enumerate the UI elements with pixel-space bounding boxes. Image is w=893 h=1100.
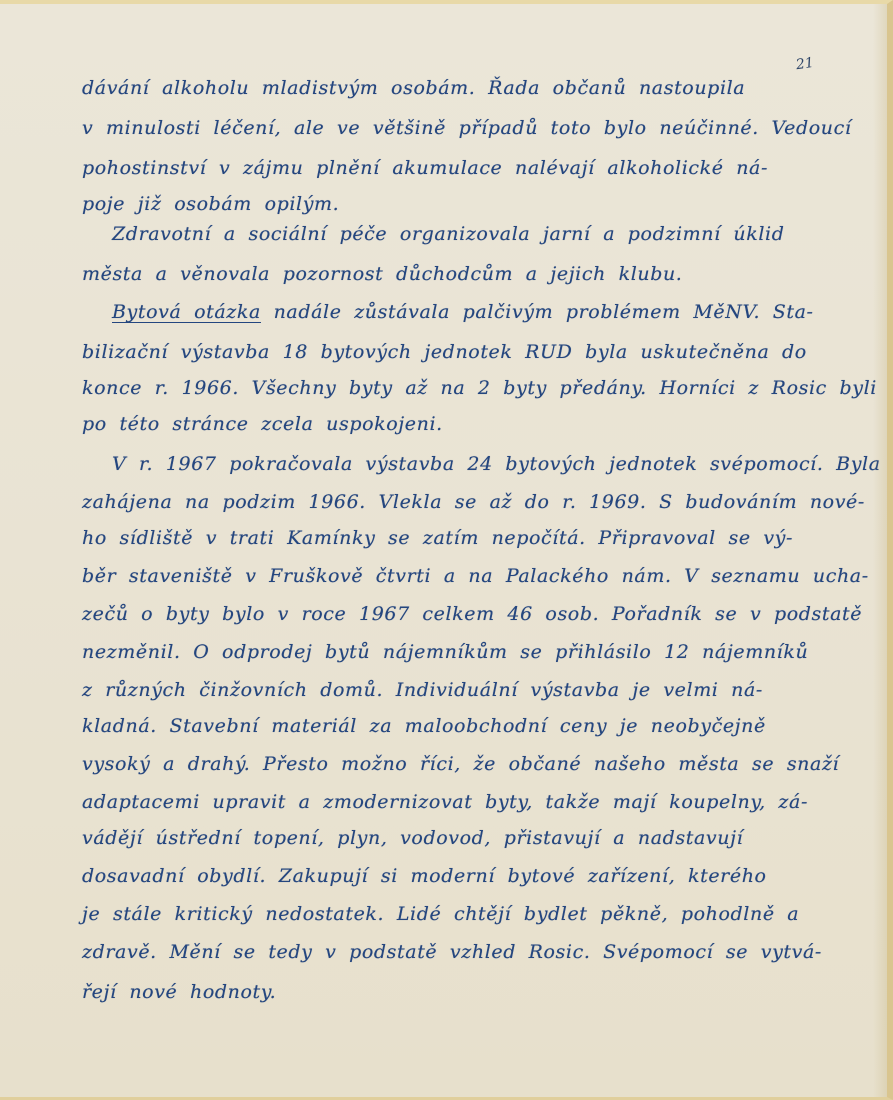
text-line: je stále kritický nedostatek. Lidé chtěj… bbox=[82, 902, 802, 926]
text-line: nezměnil. O odprodej bytů nájemníkům se … bbox=[82, 640, 802, 664]
text-line: pohostinství v zájmu plnění akumulace na… bbox=[82, 156, 802, 180]
text-line: vádějí ústřední topení, plyn, vodovod, p… bbox=[82, 826, 802, 850]
page-number: 21 bbox=[795, 55, 815, 73]
text-line: běr staveniště v Fruškově čtvrti a na Pa… bbox=[82, 564, 802, 588]
text-line: poje již osobám opilým. bbox=[82, 192, 802, 216]
text-line: bilizační výstavba 18 bytových jednotek … bbox=[82, 340, 802, 364]
text-line: zečů o byty bylo v roce 1967 celkem 46 o… bbox=[82, 602, 802, 626]
paragraph-start-line: V r. 1967 pokračovala výstavba 24 bytový… bbox=[112, 452, 832, 476]
paragraph-start-line: Zdravotní a sociální péče organizovala j… bbox=[112, 222, 832, 246]
text-line: řejí nové hodnoty. bbox=[82, 980, 802, 1004]
text-line: ho sídliště v trati Kamínky se zatím nep… bbox=[82, 526, 802, 550]
text-line: v minulosti léčení, ale ve většině přípa… bbox=[82, 116, 802, 140]
text-line: po této stránce zcela uspokojeni. bbox=[82, 412, 802, 436]
text-line: města a věnovala pozornost důchodcům a j… bbox=[82, 262, 802, 286]
section-heading-underlined: Bytová otázka bbox=[112, 301, 261, 323]
paragraph-start-line: Bytová otázka nadále zůstávala palčivým … bbox=[112, 300, 832, 324]
text-line: zdravě. Mění se tedy v podstatě vzhled R… bbox=[82, 940, 802, 964]
text-line: adaptacemi upravit a zmodernizovat byty,… bbox=[82, 790, 802, 814]
text-line: konce r. 1966. Všechny byty až na 2 byty… bbox=[82, 376, 802, 400]
text-line: kladná. Stavební materiál za maloobchodn… bbox=[82, 714, 802, 738]
text-line: dosavadní obydlí. Zakupují si moderní by… bbox=[82, 864, 802, 888]
text-line-continuation: nadále zůstávala palčivým problémem MěNV… bbox=[261, 301, 814, 323]
manuscript-page: 21 dávání alkoholu mladistvým osobám. Řa… bbox=[0, 0, 893, 1100]
text-line: zahájena na podzim 1966. Vlekla se až do… bbox=[82, 490, 802, 514]
text-line: z různých činžovních domů. Individuální … bbox=[82, 678, 802, 702]
text-line: vysoký a drahý. Přesto možno říci, že ob… bbox=[82, 752, 802, 776]
text-line: dávání alkoholu mladistvým osobám. Řada … bbox=[82, 76, 802, 100]
